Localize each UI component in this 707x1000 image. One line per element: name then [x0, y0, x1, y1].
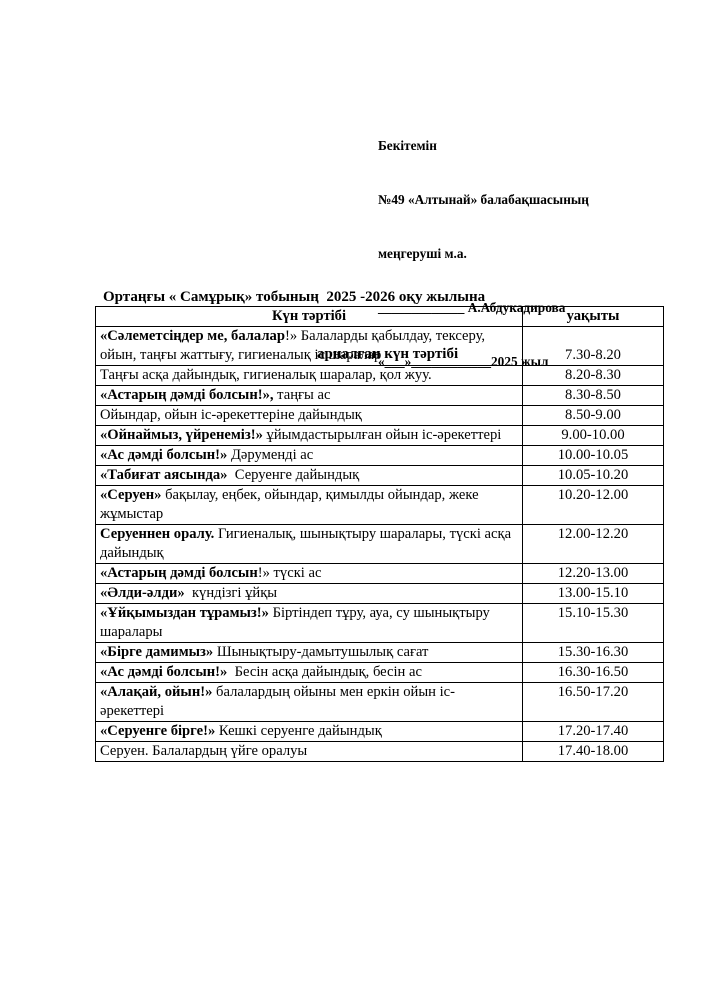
- time-cell: 12.20-13.00: [523, 564, 664, 584]
- header-time: уақыты: [523, 307, 664, 327]
- table-row: «Серуен» бақылау, еңбек, ойындар, қимылд…: [96, 486, 664, 525]
- time-cell: 16.30-16.50: [523, 663, 664, 683]
- activity-title: «Алақай, ойын!»: [100, 684, 212, 700]
- table-body: «Сәлеметсіңдер ме, балалар!» Балаларды қ…: [96, 327, 664, 762]
- table-row: «Ас дәмді болсын!» Дәруменді ас10.00-10.…: [96, 446, 664, 466]
- activity-description: күндізгі ұйқы: [185, 585, 277, 601]
- table-row: «Астарың дәмді болсын!» түскі ас12.20-13…: [96, 564, 664, 584]
- time-cell: 16.50-17.20: [523, 683, 664, 722]
- activity-description: Ойындар, ойын іс-әрекеттеріне дайындық: [100, 407, 362, 423]
- table-row: «Табиғат аясында» Серуенге дайындық10.05…: [96, 466, 664, 486]
- time-cell: 17.40-18.00: [523, 742, 664, 762]
- time-cell: 12.00-12.20: [523, 525, 664, 564]
- time-cell: 9.00-10.00: [523, 426, 664, 446]
- activity-description: Дәруменді ас: [227, 447, 313, 463]
- activity-title: «Серуенге бірге!»: [100, 723, 215, 739]
- activity-cell: «Серуен» бақылау, еңбек, ойындар, қимылд…: [96, 486, 523, 525]
- table-header-row: Күн тәртібі уақыты: [96, 307, 664, 327]
- title-line-1: Ортаңғы « Самұрық» тобының 2025 -2026 оқ…: [103, 288, 485, 307]
- activity-description: Шынықтыру-дамытушылық сағат: [213, 644, 428, 660]
- table-row: Серуеннен оралу. Гигиеналық, шынықтыру ш…: [96, 525, 664, 564]
- activity-description: Таңғы асқа дайындық, гигиеналық шаралар,…: [100, 367, 432, 383]
- table-row: «Сәлеметсіңдер ме, балалар!» Балаларды қ…: [96, 327, 664, 366]
- activity-title: «Астарың дәмді болсын: [100, 565, 258, 581]
- activity-description: Бесін асқа дайындық, бесін ас: [227, 664, 422, 680]
- activity-title: «Ас дәмді болсын!»: [100, 664, 227, 680]
- activity-cell: Серуен. Балалардың үйге оралуы: [96, 742, 523, 762]
- activity-cell: «Ұйқымыздан тұрамыз!» Біртіндеп тұру, ау…: [96, 604, 523, 643]
- activity-cell: «Бірге дамимыз» Шынықтыру-дамытушылық са…: [96, 643, 523, 663]
- table-row: Таңғы асқа дайындық, гигиеналық шаралар,…: [96, 366, 664, 386]
- activity-title: «Сәлеметсіңдер ме, балалар: [100, 328, 285, 344]
- activity-cell: Таңғы асқа дайындық, гигиеналық шаралар,…: [96, 366, 523, 386]
- activity-title: Серуеннен оралу.: [100, 526, 214, 542]
- table-row: «Әлди-әлди» күндізгі ұйқы13.00-15.10: [96, 584, 664, 604]
- time-cell: 8.20-8.30: [523, 366, 664, 386]
- approval-line-approve: Бекітемін: [378, 137, 589, 155]
- time-cell: 10.00-10.05: [523, 446, 664, 466]
- activity-title: «Әлди-әлди»: [100, 585, 185, 601]
- table-row: «Ұйқымыздан тұрамыз!» Біртіндеп тұру, ау…: [96, 604, 664, 643]
- table-row: «Ойнаймыз, үйренеміз!» ұйымдастырылған о…: [96, 426, 664, 446]
- table-row: «Ас дәмді болсын!» Бесін асқа дайындық, …: [96, 663, 664, 683]
- table-row: «Бірге дамимыз» Шынықтыру-дамытушылық са…: [96, 643, 664, 663]
- activity-description: Серуенге дайындық: [227, 467, 359, 483]
- time-cell: 7.30-8.20: [523, 327, 664, 366]
- activity-title: «Бірге дамимыз»: [100, 644, 213, 660]
- activity-description: ұйымдастырылған ойын іс-әрекеттері: [263, 427, 501, 443]
- activity-cell: Серуеннен оралу. Гигиеналық, шынықтыру ш…: [96, 525, 523, 564]
- activity-description: таңғы ас: [274, 387, 331, 403]
- activity-cell: «Табиғат аясында» Серуенге дайындық: [96, 466, 523, 486]
- activity-title: «Серуен»: [100, 487, 161, 503]
- activity-cell: «Ойнаймыз, үйренеміз!» ұйымдастырылған о…: [96, 426, 523, 446]
- activity-cell: «Алақай, ойын!» балалардың ойыны мен ерк…: [96, 683, 523, 722]
- activity-cell: «Ас дәмді болсын!» Дәруменді ас: [96, 446, 523, 466]
- activity-cell: «Сәлеметсіңдер ме, балалар!» Балаларды қ…: [96, 327, 523, 366]
- activity-description: Кешкі серуенге дайындық: [215, 723, 382, 739]
- activity-cell: «Астарың дәмді болсын!» түскі ас: [96, 564, 523, 584]
- activity-title: «Ойнаймыз, үйренеміз!»: [100, 427, 263, 443]
- table-row: «Астарың дәмді болсын!», таңғы ас8.30-8.…: [96, 386, 664, 406]
- activity-cell: «Ас дәмді болсын!» Бесін асқа дайындық, …: [96, 663, 523, 683]
- activity-cell: «Астарың дәмді болсын!», таңғы ас: [96, 386, 523, 406]
- activity-cell: «Серуенге бірге!» Кешкі серуенге дайынды…: [96, 722, 523, 742]
- time-cell: 15.10-15.30: [523, 604, 664, 643]
- time-cell: 8.50-9.00: [523, 406, 664, 426]
- time-cell: 10.20-12.00: [523, 486, 664, 525]
- activity-cell: «Әлди-әлди» күндізгі ұйқы: [96, 584, 523, 604]
- header-activity: Күн тәртібі: [96, 307, 523, 327]
- activity-description: Серуен. Балалардың үйге оралуы: [100, 743, 307, 759]
- activity-title: «Ұйқымыздан тұрамыз!»: [100, 605, 269, 621]
- table-row: Ойындар, ойын іс-әрекеттеріне дайындық8.…: [96, 406, 664, 426]
- time-cell: 17.20-17.40: [523, 722, 664, 742]
- daily-schedule-table: Күн тәртібі уақыты «Сәлеметсіңдер ме, ба…: [95, 306, 664, 762]
- time-cell: 10.05-10.20: [523, 466, 664, 486]
- time-cell: 13.00-15.10: [523, 584, 664, 604]
- activity-title: «Астарың дәмді болсын!»,: [100, 387, 274, 403]
- table-row: «Серуенге бірге!» Кешкі серуенге дайынды…: [96, 722, 664, 742]
- activity-title: «Ас дәмді болсын!»: [100, 447, 227, 463]
- table-row: «Алақай, ойын!» балалардың ойыны мен ерк…: [96, 683, 664, 722]
- time-cell: 8.30-8.50: [523, 386, 664, 406]
- approval-line-kindergarten: №49 «Алтынай» балабақшасының: [378, 191, 589, 209]
- table-row: Серуен. Балалардың үйге оралуы17.40-18.0…: [96, 742, 664, 762]
- activity-title: «Табиғат аясында»: [100, 467, 227, 483]
- activity-description: !» түскі ас: [258, 565, 322, 581]
- time-cell: 15.30-16.30: [523, 643, 664, 663]
- activity-cell: Ойындар, ойын іс-әрекеттеріне дайындық: [96, 406, 523, 426]
